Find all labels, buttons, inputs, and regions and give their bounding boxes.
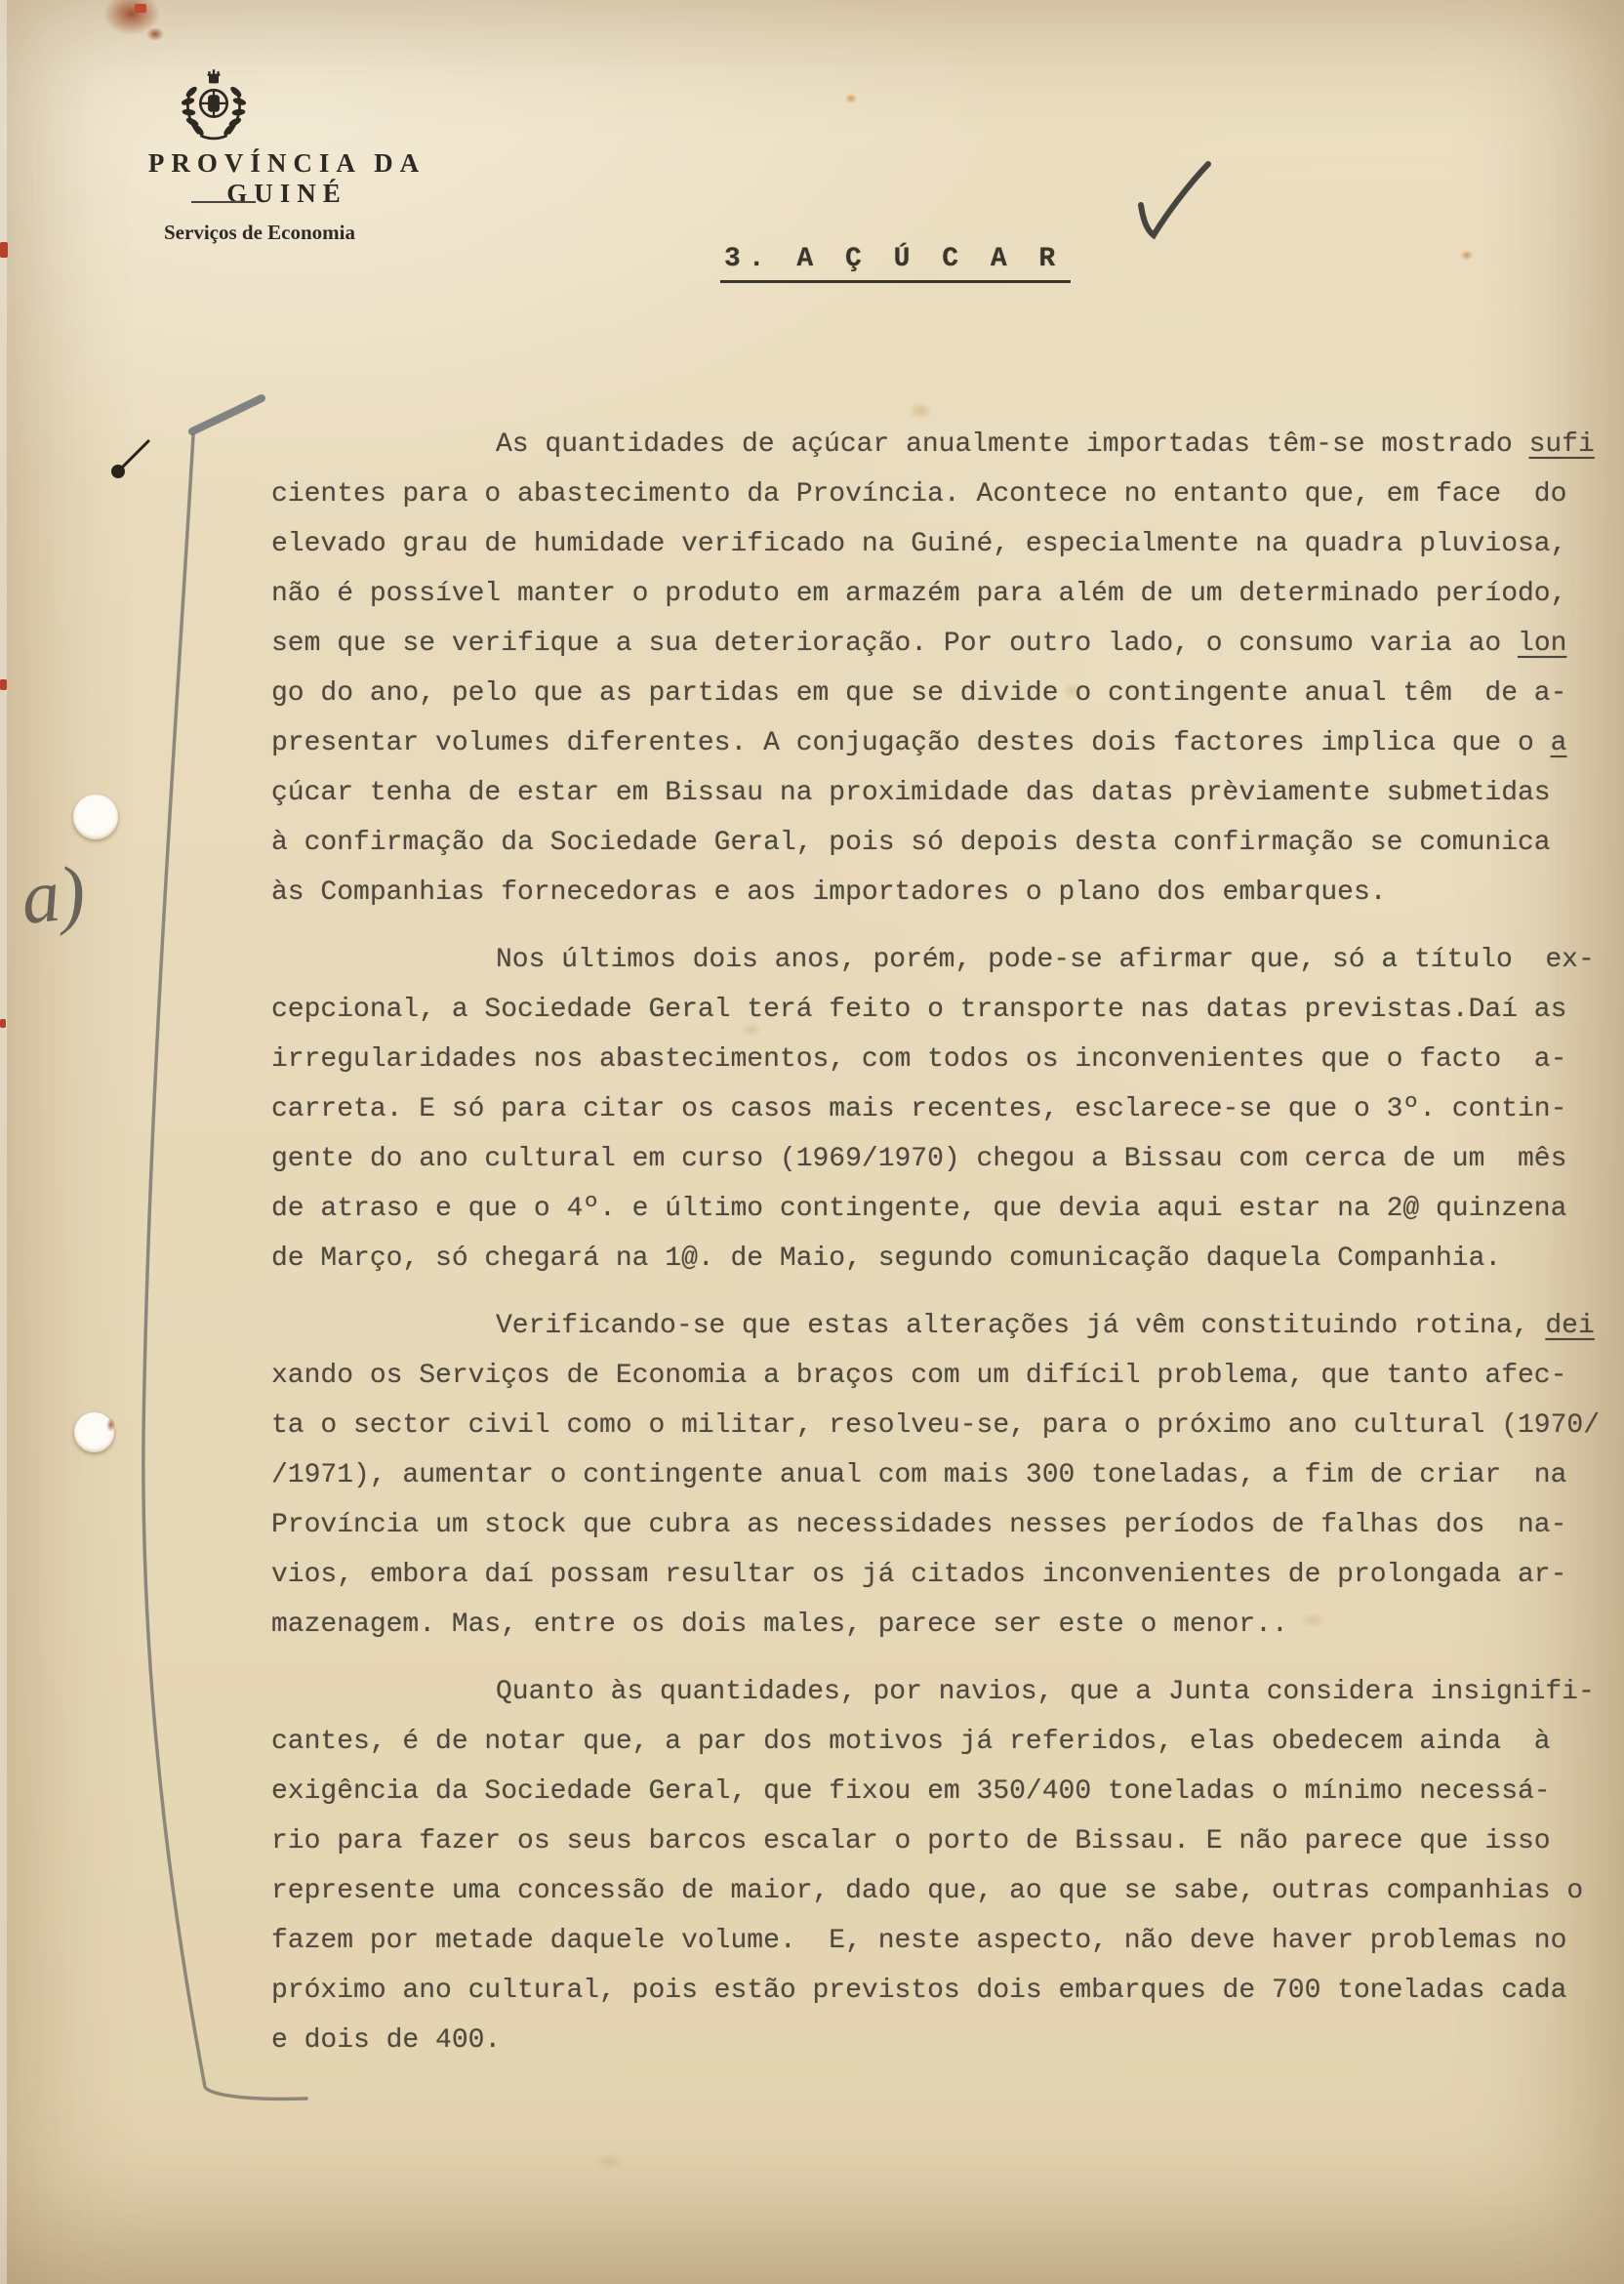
text-line: à confirmação da Sociedade Geral, pois s… bbox=[271, 818, 1604, 868]
text-line: Nos últimos dois anos, porém, pode-se af… bbox=[271, 935, 1604, 985]
text-line: Quanto às quantidades, por navios, que a… bbox=[271, 1667, 1604, 1717]
paragraph: Verificando-se que estas alterações já v… bbox=[271, 1301, 1604, 1650]
text-line: vios, embora daí possam resultar os já c… bbox=[271, 1550, 1604, 1600]
text-segment: cepcional, a Sociedade Geral terá feito … bbox=[271, 995, 1566, 1025]
text-line: Verificando-se que estas alterações já v… bbox=[271, 1301, 1604, 1351]
text-segment: Verificando-se que estas alterações já v… bbox=[496, 1311, 1545, 1341]
margin-note: a) bbox=[17, 848, 89, 942]
text-line: xando os Serviços de Economia a braços c… bbox=[271, 1351, 1604, 1401]
punch-hole bbox=[73, 795, 118, 839]
text-segment: de Março, só chegará na 1@. de Maio, seg… bbox=[271, 1244, 1501, 1274]
text-line: exigência da Sociedade Geral, que fixou … bbox=[271, 1767, 1604, 1816]
text-segment: vios, embora daí possam resultar os já c… bbox=[271, 1560, 1566, 1590]
text-line: irregularidades nos abastecimentos, com … bbox=[271, 1035, 1604, 1084]
stain bbox=[1460, 250, 1474, 261]
letterhead-province: PROVÍNCIA DA GUINÉ bbox=[92, 148, 482, 209]
text-line: próximo ano cultural, pois estão previst… bbox=[271, 1966, 1604, 2016]
stain bbox=[103, 0, 160, 35]
stain bbox=[908, 402, 933, 420]
text-segment: a bbox=[1551, 728, 1567, 758]
paragraph: Quanto às quantidades, por navios, que a… bbox=[271, 1667, 1604, 2065]
text-segment: go do ano, pelo que as partidas em que s… bbox=[271, 678, 1566, 709]
check-mark-icon bbox=[1141, 164, 1208, 235]
text-segment: lon bbox=[1518, 629, 1566, 659]
text-line: elevado grau de humidade verificado na G… bbox=[271, 519, 1604, 569]
text-segment: carreta. E só para citar os casos mais r… bbox=[271, 1094, 1566, 1124]
letterhead-rule bbox=[191, 201, 256, 203]
text-segment: xando os Serviços de Economia a braços c… bbox=[271, 1361, 1566, 1391]
text-line: cantes, é de notar que, a par dos motivo… bbox=[271, 1717, 1604, 1767]
text-line: gente do ano cultural em curso (1969/197… bbox=[271, 1134, 1604, 1184]
scanned-document-page: PROVÍNCIA DA GUINÉ Serviços de Economia … bbox=[0, 0, 1624, 2284]
text-line: As quantidades de açúcar anualmente impo… bbox=[271, 420, 1604, 469]
text-line: çúcar tenha de estar em Bissau na proxim… bbox=[271, 768, 1604, 818]
text-segment: de atraso e que o 4º. e último contingen… bbox=[271, 1194, 1566, 1224]
edge-mark bbox=[135, 4, 146, 13]
text-segment: /1971), aumentar o contingente anual com… bbox=[271, 1460, 1566, 1490]
text-segment: sem que se verifique a sua deterioração.… bbox=[271, 629, 1518, 659]
letterhead-department: Serviços de Economia bbox=[164, 221, 355, 245]
text-segment: Província um stock que cubra as necessid… bbox=[271, 1510, 1566, 1540]
text-line: carreta. E só para citar os casos mais r… bbox=[271, 1084, 1604, 1134]
text-segment: dei bbox=[1545, 1311, 1594, 1341]
document-body: As quantidades de açúcar anualmente impo… bbox=[271, 420, 1604, 2083]
ink-blot bbox=[111, 465, 125, 478]
coat-of-arms-icon bbox=[174, 62, 254, 147]
text-line: às Companhias fornecedoras e aos importa… bbox=[271, 868, 1604, 918]
text-line: represente uma concessão de maior, dado … bbox=[271, 1866, 1604, 1916]
scan-edge bbox=[0, 0, 7, 2284]
text-segment: fazem por metade daquele volume. E, nest… bbox=[271, 1926, 1566, 1956]
text-line: mazenagem. Mas, entre os dois males, par… bbox=[271, 1600, 1604, 1650]
text-line: de Março, só chegará na 1@. de Maio, seg… bbox=[271, 1234, 1604, 1284]
text-segment: represente uma concessão de maior, dado … bbox=[271, 1876, 1583, 1906]
stain bbox=[146, 27, 164, 41]
text-segment: sufi bbox=[1529, 429, 1595, 460]
text-segment: çúcar tenha de estar em Bissau na proxim… bbox=[271, 778, 1551, 808]
text-line: /1971), aumentar o contingente anual com… bbox=[271, 1450, 1604, 1500]
paragraph: As quantidades de açúcar anualmente impo… bbox=[271, 420, 1604, 918]
text-segment: cientes para o abastecimento da Provínci… bbox=[271, 479, 1566, 510]
text-segment: cantes, é de notar que, a par dos motivo… bbox=[271, 1727, 1551, 1757]
text-line: e dois de 400. bbox=[271, 2016, 1604, 2065]
text-segment: próximo ano cultural, pois estão previst… bbox=[271, 1976, 1566, 2006]
text-segment: elevado grau de humidade verificado na G… bbox=[271, 529, 1566, 559]
text-segment: à confirmação da Sociedade Geral, pois s… bbox=[271, 828, 1551, 858]
text-line: cepcional, a Sociedade Geral terá feito … bbox=[271, 985, 1604, 1035]
text-segment: rio para fazer os seus barcos escalar o … bbox=[271, 1826, 1551, 1856]
text-segment: exigência da Sociedade Geral, que fixou … bbox=[271, 1776, 1551, 1807]
text-segment: presentar volumes diferentes. A conjugaç… bbox=[271, 728, 1551, 758]
stain bbox=[845, 94, 857, 103]
text-line: de atraso e que o 4º. e último contingen… bbox=[271, 1184, 1604, 1234]
text-segment: As quantidades de açúcar anualmente impo… bbox=[496, 429, 1529, 460]
ink-mark bbox=[119, 441, 148, 470]
text-segment: Quanto às quantidades, por navios, que a… bbox=[496, 1677, 1595, 1707]
section-title: 3. A Ç Ú C A R bbox=[720, 244, 1071, 283]
text-line: cientes para o abastecimento da Provínci… bbox=[271, 469, 1604, 519]
punch-hole bbox=[74, 1412, 114, 1452]
paragraph: Nos últimos dois anos, porém, pode-se af… bbox=[271, 935, 1604, 1284]
text-segment: gente do ano cultural em curso (1969/197… bbox=[271, 1144, 1566, 1174]
text-line: Província um stock que cubra as necessid… bbox=[271, 1500, 1604, 1550]
pencil-top-stroke bbox=[192, 398, 262, 431]
text-segment: Nos últimos dois anos, porém, pode-se af… bbox=[496, 945, 1595, 975]
text-segment: irregularidades nos abastecimentos, com … bbox=[271, 1044, 1566, 1075]
text-line: rio para fazer os seus barcos escalar o … bbox=[271, 1816, 1604, 1866]
text-line: sem que se verifique a sua deterioração.… bbox=[271, 619, 1604, 669]
text-line: presentar volumes diferentes. A conjugaç… bbox=[271, 718, 1604, 768]
text-line: não é possível manter o produto em armaz… bbox=[271, 569, 1604, 619]
text-line: fazem por metade daquele volume. E, nest… bbox=[271, 1916, 1604, 1966]
text-segment: mazenagem. Mas, entre os dois males, par… bbox=[271, 1610, 1288, 1640]
text-segment: não é possível manter o produto em armaz… bbox=[271, 579, 1566, 609]
stain bbox=[595, 2153, 625, 2171]
text-line: go do ano, pelo que as partidas em que s… bbox=[271, 669, 1604, 718]
text-segment: e dois de 400. bbox=[271, 2025, 501, 2056]
text-segment: ta o sector civil como o militar, resolv… bbox=[271, 1410, 1600, 1441]
text-line: ta o sector civil como o militar, resolv… bbox=[271, 1401, 1604, 1450]
text-segment: às Companhias fornecedoras e aos importa… bbox=[271, 877, 1387, 908]
